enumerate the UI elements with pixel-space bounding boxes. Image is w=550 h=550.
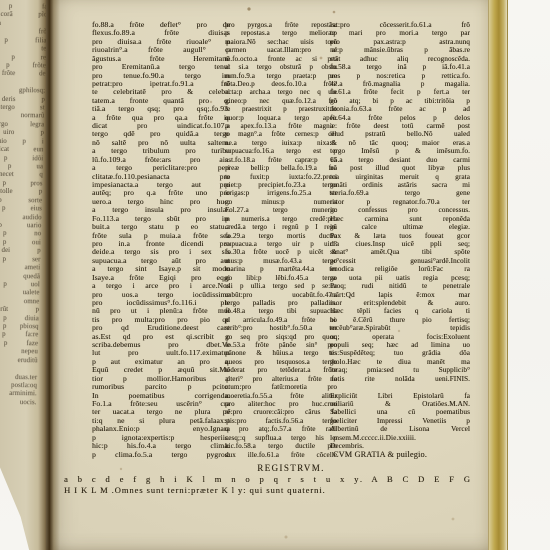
text-line: ollin° p ua xyxy=(0,163,43,172)
text-line: lensem.M.ccccc.ii.Die.xxiiii. xyxy=(330,434,470,442)
text-line: fo.30.a frõte uocẽ p uicẽt & xyxy=(225,248,337,256)
text-line: marina p martẽta.44.a ter xyxy=(225,265,337,273)
text-line: tis:Suspẽdẽteq; tuo grãdia dõa xyxy=(330,349,470,357)
text-line: ster p no xyxy=(0,230,41,239)
text-line: go libi:p lẽbi.fo.45.a tergo xyxy=(225,274,337,282)
text-line: ra uota pii uatis regia pcesq; xyxy=(330,274,470,282)
errata-column-1: fo.88.a frõte deflet° pro deflexus.fo.89… xyxy=(92,21,230,459)
text-line: credã.a tergo i regnũ p I regũ xyxy=(225,223,337,231)
text-line: supuacua:fo.16.a tergo est p xyxy=(225,147,337,155)
text-line xyxy=(330,383,470,391)
text-line: bus dei p xyxy=(0,247,41,256)
text-line: pro aliter:hoc pro huc.cruo xyxy=(225,400,337,408)
text-line: go confessus pro concessus. xyxy=(330,206,470,214)
text-line: 42.a frõ.magnalia p magalia. xyxy=(330,80,470,88)
text-line: mus:p musæ.fo.43.a tergo xyxy=(225,257,337,265)
text-line: ne:p mãnsie.ũbras p ãbas.re xyxy=(330,46,470,54)
text-line: go seq pro siqs:qd pro quor. xyxy=(225,333,337,341)
text-line: sper p pros xyxy=(0,179,43,188)
text-line: dia ciues.Insp uicẽ ppli seq; xyxy=(330,240,470,248)
book-fore-edge xyxy=(488,0,508,550)
text-line: tis ameti xyxy=(0,264,40,273)
text-line: p apex.fo.13.a frõte magnie: xyxy=(225,122,337,130)
text-line: uos p nos:retica p rettica.fo. xyxy=(330,72,470,80)
text-line: pãnone & hũius.a tergo tes xyxy=(225,349,337,357)
text-line: ite p ualete xyxy=(0,289,40,298)
text-line: go minus:p numeris xyxy=(225,198,337,206)
text-line: na post illud quot libyæ plus xyxy=(330,164,470,172)
registrum-signature-line-1: a b c d e f g h i K l m n o p q r s t u … xyxy=(64,474,472,484)
book-page: fo.88.a frõte deflet° pro deflexus.fo.89… xyxy=(46,0,488,550)
text-line: tergo Imẽsũ p & imẽsum.fo. xyxy=(330,147,470,155)
text-line: te fuxit:p iuxta:fo.22.preci xyxy=(225,173,337,181)
text-line: mor erit:splendebit & auro. xyxy=(330,299,470,307)
text-line: mãrt:Qd lapis ẽ:mox mar xyxy=(330,291,470,299)
text-line: queos pro tesquosos.a tergo xyxy=(225,358,337,366)
text-line: recẽub°aræ.Spirabũt tepidis xyxy=(330,324,470,332)
text-line: Hæc tẽpli facies q cariola ti xyxy=(330,307,470,315)
text-line: pro pax.astra:p astra.nunq xyxy=(330,38,470,46)
text-line: miliariũ & Oratiões.M.AN. xyxy=(330,400,470,408)
text-line: he necet q xyxy=(0,171,43,180)
text-line: rum.fo.9.a tergo praeta:p pre xyxy=(225,72,337,80)
text-line: alteri° pro alterius.a frõte fa xyxy=(225,375,337,383)
text-line: tio tolle p xyxy=(0,188,42,197)
text-line: p repostas.a tergo meliora:p xyxy=(225,29,337,37)
text-line: oq; operata focis:Exoluent xyxy=(330,333,470,341)
text-line: biosisq p fa:re xyxy=(0,331,38,340)
text-line: ast.fo.18.a frõte capræ:p ca xyxy=(225,156,337,164)
text-line: ioraq; pmia:sed tu Supplicib° xyxy=(330,366,470,374)
text-line: quor:p loquar.a tergo apei: xyxy=(225,114,337,122)
text-line: plurimũ p diuia xyxy=(0,314,39,323)
text-line: Pax & læta tuos foueat gcor xyxy=(330,232,470,240)
text-line: go atq; bi p ac tibi:tritõia p xyxy=(330,97,470,105)
text-line: bi ẽ.Cẽrũ thure pio fertisq; xyxy=(330,316,470,324)
text-line: fo.64.a frõte pelos p delos xyxy=(330,114,470,122)
text-line: illud pstratũ bello.Nõ ualed xyxy=(330,130,470,138)
text-line: oi p duas.ter xyxy=(0,373,37,382)
text-line: at si.a tergo obsturã p obstu xyxy=(225,63,337,71)
text-line: rico eruditũ xyxy=(0,356,38,365)
text-line: a frõte deest totũ carmẽ post xyxy=(330,122,470,130)
text-line: supuacua.a tergo uir p uirt° xyxy=(225,240,337,248)
text-line: fo.53.a frõte pãnõe sin° pro xyxy=(225,341,337,349)
text-line: in calce ultimæ elegiæ. xyxy=(330,223,470,231)
text-line: p arminimi. xyxy=(0,390,37,399)
text-line: piet:p precipiet.fo.23.a tergo xyxy=(225,181,337,189)
text-line: rẽ:pro cruore:cãi:pro cãrus fa xyxy=(225,408,337,416)
text-line: tis p uocis. xyxy=(0,398,37,407)
text-line: notis rite nolãda ueni.FINIS. xyxy=(330,375,470,383)
text-line: pr°cessit genuasi°ardẽ.Incolit xyxy=(330,257,470,265)
text-line: dã p quedã xyxy=(0,272,40,281)
text-line: Fol.27.a tergo muneris: xyxy=(225,206,337,214)
text-line: hic.fo.58.a tergo ductile pro xyxy=(225,442,337,450)
text-line: Sabellici una cũ poematibus xyxy=(330,408,470,416)
text-line: ua p postla:oq xyxy=(0,381,37,390)
text-line: gineo:p nec quæ.fo.12.a frõ xyxy=(225,97,337,105)
text-line: p clima.fo.5.a tergo pygros: xyxy=(92,451,230,459)
text-line: ne p omne xyxy=(0,297,39,306)
text-line: preæ belli:p bella.fo.19.a frõ xyxy=(225,164,337,172)
text-line: Expliciũt Libri Epistolarũ fa xyxy=(330,392,470,400)
text-line: ne.a tergo iuixa:p nixa:& xyxy=(225,139,337,147)
text-line: senat° amẽt.Qua tibi spõte xyxy=(330,248,470,256)
text-line: tonãti ordinis astãris sacra mi xyxy=(330,181,470,189)
text-line: acta:p archa.a tergo nec q uie xyxy=(225,88,337,96)
privilege-statement: CVM GRATIA & puilegio. xyxy=(333,450,475,459)
text-line: rat:pro cõcesserit.fo.61.a frõ xyxy=(330,21,470,29)
errata-column-2: pro pyrgos.a frõte repostãs:p repostas.a… xyxy=(225,21,337,459)
text-line: dux ille.fo.61.a frõte cõcelle xyxy=(225,451,337,459)
text-line: tẽderat pro tetõderat.a frõte xyxy=(225,366,337,374)
text-line: strib°:pro hostib°.fo.50.a ter xyxy=(225,324,337,332)
registrum-signature-line-2: H I K L M .Omnes sunt terni:præter K l y… xyxy=(64,485,409,495)
text-line: ouid p oui xyxy=(0,238,41,247)
text-line: rio p uario xyxy=(0,222,42,231)
text-line: Albertinũ de Lisona Vercel xyxy=(330,425,470,433)
text-line: foeliciter Impressi Venetiis p xyxy=(330,417,470,425)
text-line: titonia.fo.63.a frõte ac p ad xyxy=(330,105,470,113)
text-line: stis:pro factis.fo.56.a tergo xyxy=(225,417,337,425)
text-line: cabũt:pro uocabũt.fo.47.a xyxy=(225,291,337,299)
text-line: hierosol p faze xyxy=(0,339,38,348)
text-line: stãt adhuc aliq recognoscẽda. xyxy=(330,55,470,63)
text-line: ri ferũt p xyxy=(0,306,39,315)
book-photo: sia p fap corã pĩoris.Fo.73.atoria.a frõ… xyxy=(0,0,550,550)
text-line: fo.29.a tergo mortis ductio xyxy=(225,232,337,240)
errata-column-3: rat:pro cõcesserit.fo.61.a frõte mari pr… xyxy=(330,21,470,451)
text-line: tẽta.Deo.p deos.fo.10.a frõte xyxy=(225,80,337,88)
text-line: p magn°.a frõte cernes:p cer xyxy=(225,130,337,138)
text-line: shõi p idõi xyxy=(0,154,43,163)
text-line: q pro atq;.fo.57.a frõte radi xyxy=(225,425,337,433)
text-line: fo.58.a tergo inã p iã.fo.41.a xyxy=(330,63,470,71)
text-line: Hæc carmina sunt reponẽda xyxy=(330,215,470,223)
text-line: nsis p eius xyxy=(0,205,42,214)
text-line: etruscisq; p pbiosq xyxy=(0,323,39,332)
text-line: steria.fo.69.a tergo gene xyxy=(330,189,470,197)
text-line: Pubsica nepeu xyxy=(0,348,38,357)
text-line: si nõ tãc quoq; maior eras.a xyxy=(330,139,470,147)
text-line: tergo palladis pro palladiis. xyxy=(225,299,337,307)
foxing-specks xyxy=(0,0,2,2)
text-line: te praestrixit p praestruxit.lo xyxy=(225,105,337,113)
text-line: rator p regnator.fo.70.a ter xyxy=(330,198,470,206)
text-line: p numeris.a tergo credẽ:pro xyxy=(225,215,337,223)
text-line: p arricula.fo.49.a frõte no xyxy=(225,316,337,324)
text-line: imodica religiõe lorũ:Fac ra xyxy=(330,265,470,273)
text-line: carmen uacat.Illam:pro al xyxy=(225,46,337,54)
text-line: te.fo.octo.a fronte ac si pro xyxy=(225,55,337,63)
text-line: 65.a tergo desiant duo carmi xyxy=(330,156,470,164)
text-line: irrigas:p irrigens.fo.25.a ter xyxy=(225,189,337,197)
text-line: cael. xyxy=(0,365,38,374)
text-line: olim° p uol xyxy=(0,280,40,289)
text-line: populi seq; hæc ad limina uo xyxy=(330,341,470,349)
book-gutter-shadow xyxy=(38,0,60,550)
text-line: fo.48.a tergo tibi supuacua xyxy=(225,307,337,315)
text-line: tholo.Hæc te diua manẽt ma xyxy=(330,358,470,366)
text-line: te mari pro mori.a tergo par xyxy=(330,29,470,37)
text-line: fo.61.a frõte fecit p fert.a ter xyxy=(330,88,470,96)
text-line: maiora.Nõ sec:hac uisis torũ xyxy=(225,38,337,46)
text-line: ctum:pro fatũ:moretia pro xyxy=(225,383,337,391)
text-line: uli p ulli.a tergo sed p se:ua xyxy=(225,282,337,290)
text-line: do p audido xyxy=(0,213,42,222)
text-line: moeretia.fo.55.a frõte alitur xyxy=(225,392,337,400)
text-line: tua uirginitas meruit q grata xyxy=(330,173,470,181)
text-line: pro pyrgos.a frõte repostãs: xyxy=(225,21,337,29)
text-line: rã p sorte xyxy=(0,196,42,205)
text-line: cesq;:q supflua.a tergo his p xyxy=(225,434,337,442)
text-line: Proq; rudi nitidũ te penetrale xyxy=(330,282,470,290)
text-line: mõe p ser xyxy=(0,255,41,264)
registrum-title: REGISTRVM. xyxy=(106,463,476,473)
